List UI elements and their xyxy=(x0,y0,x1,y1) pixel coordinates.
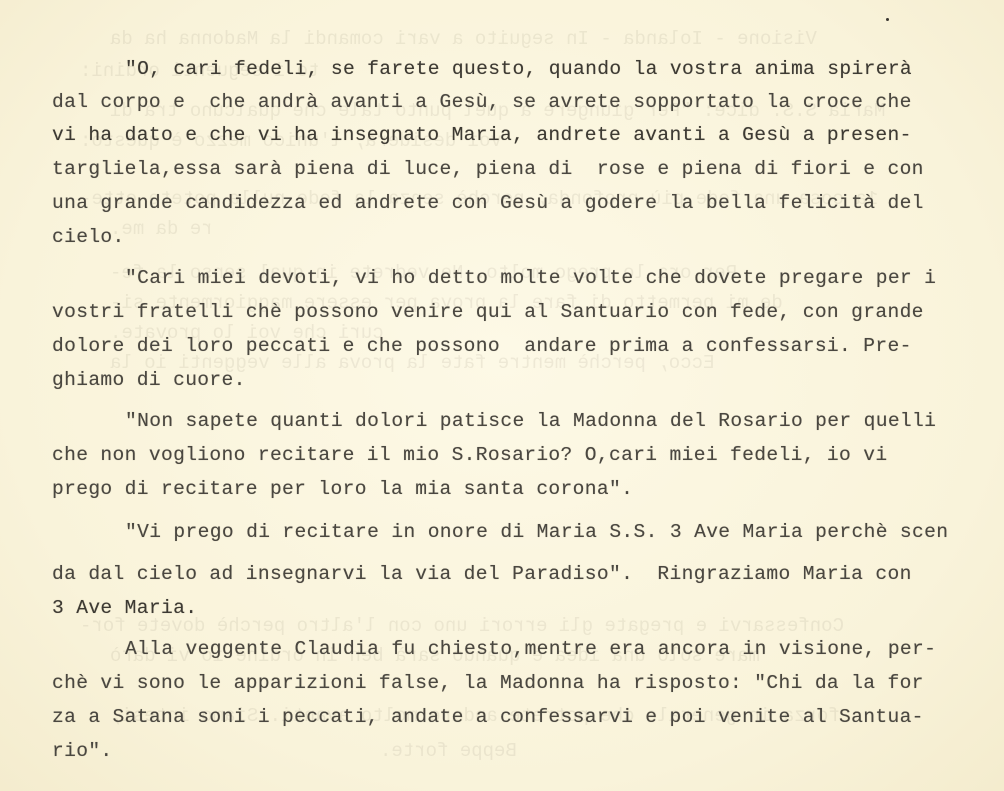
document-body: "O, cari fedeli, se farete questo, quand… xyxy=(0,0,1004,791)
text-line: 3 Ave Maria. xyxy=(52,599,197,619)
text-line: "Vi prego di recitare in onore di Maria … xyxy=(125,523,948,543)
text-line: "O, cari fedeli, se farete questo, quand… xyxy=(125,60,912,80)
text-line: ghiamo di cuore. xyxy=(52,371,246,391)
text-line: dolore dei loro peccati e che possono an… xyxy=(52,337,912,357)
text-line: vi ha dato e che vi ha insegnato Maria, … xyxy=(52,126,912,146)
text-line: prego di recitare per loro la mia santa … xyxy=(52,480,633,500)
text-line: "Non sapete quanti dolori patisce la Mad… xyxy=(125,412,936,432)
text-line: dal corpo e che andrà avanti a Gesù, se … xyxy=(52,93,912,113)
text-line: targliela,essa sarà piena di luce, piena… xyxy=(52,160,924,180)
text-line: chè vi sono le apparizioni false, la Mad… xyxy=(52,674,924,694)
text-line: vostri fratelli chè possono venire qui a… xyxy=(52,303,924,323)
text-line: una grande candidezza ed andrete con Ges… xyxy=(52,194,924,214)
text-line: che non vogliono recitare il mio S.Rosar… xyxy=(52,446,887,466)
ink-speck xyxy=(886,18,889,21)
text-line: Alla veggente Claudia fu chiesto,mentre … xyxy=(125,640,936,660)
text-line: rio". xyxy=(52,742,113,762)
text-line: za a Satana soni i peccati, andate a con… xyxy=(52,708,924,728)
text-line: "Cari miei devoti, vi ho detto molte vol… xyxy=(125,269,936,289)
text-line: cielo. xyxy=(52,228,125,248)
text-line: da dal cielo ad insegnarvi la via del Pa… xyxy=(52,565,912,585)
